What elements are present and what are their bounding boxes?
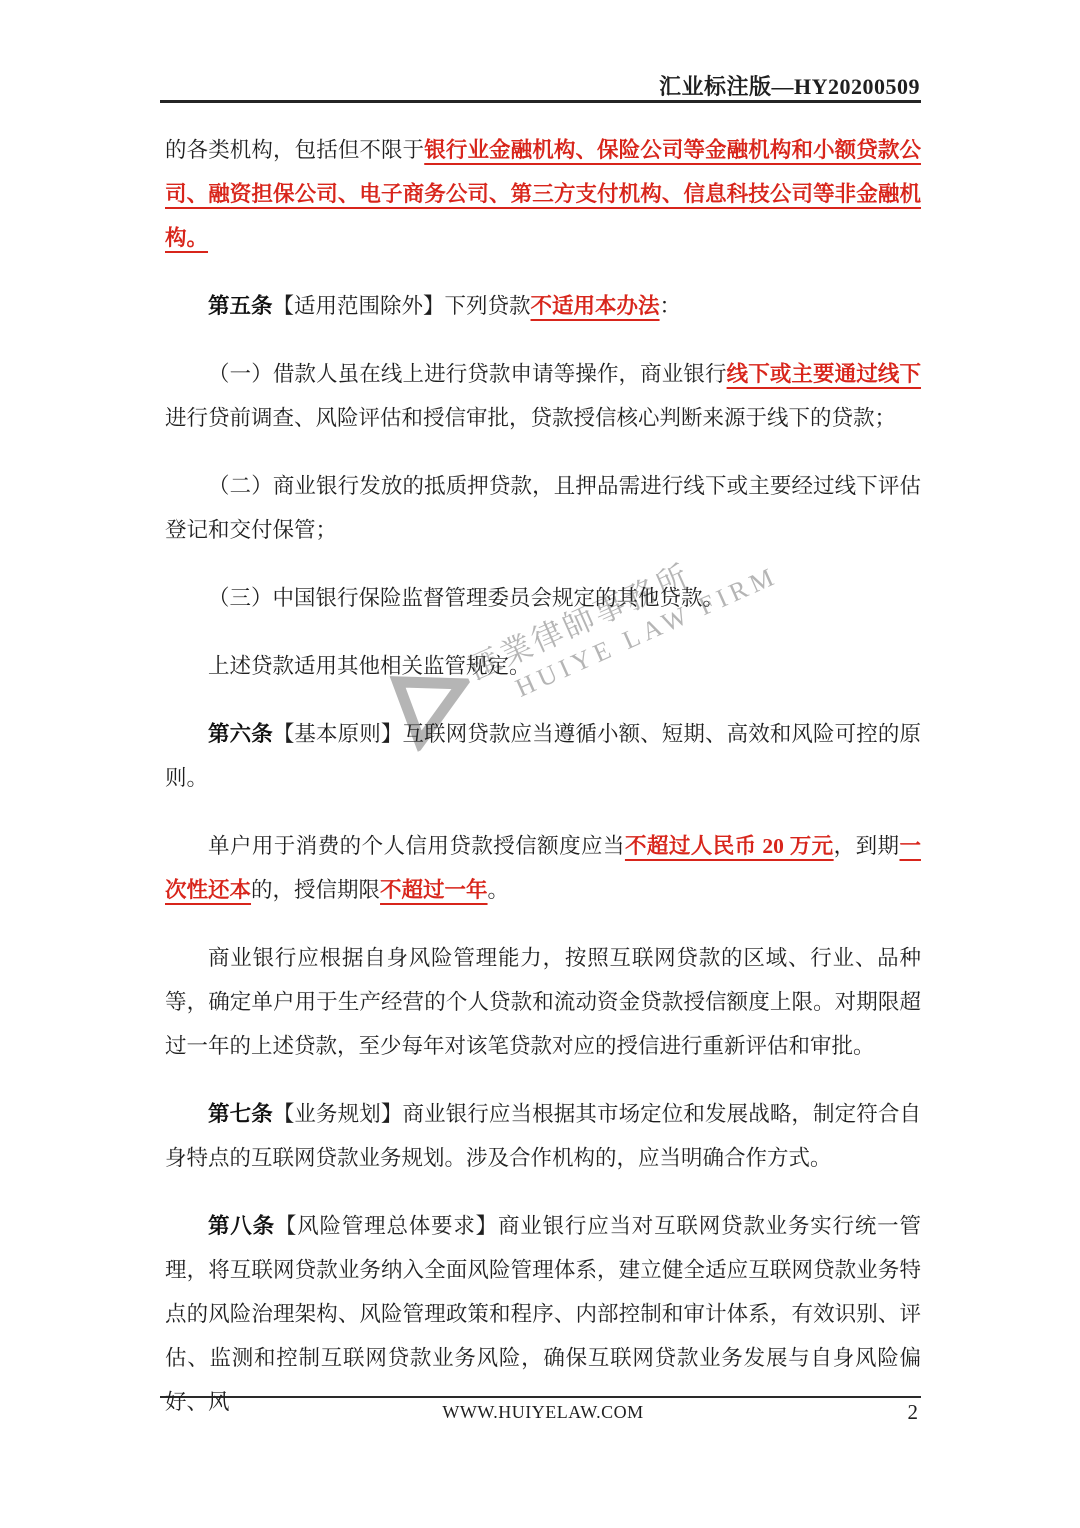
text-segment: 。 — [488, 878, 510, 902]
paragraph: 第八条【风险管理总体要求】商业银行应当对互联网贷款业务实行统一管理，将互联网贷款… — [165, 1204, 921, 1424]
paragraph: 第六条【基本原则】互联网贷款应当遵循小额、短期、高效和风险可控的原则。 — [165, 712, 921, 800]
paragraph: 商业银行应根据自身风险管理能力，按照互联网贷款的区域、行业、品种等，确定单户用于… — [165, 936, 921, 1068]
text-segment: 第八条 — [208, 1214, 275, 1238]
text-segment: （三）中国银行保险监督管理委员会规定的其他贷款。 — [208, 586, 724, 610]
document-body: 的各类机构，包括但不限于银行业金融机构、保险公司等金融机构和小额贷款公司、融资担… — [165, 128, 921, 1448]
annotated-red-text: 不超过人民币 20 万元 — [625, 834, 834, 858]
text-segment: ： — [660, 294, 682, 318]
text-segment: ，到期 — [834, 834, 900, 858]
text-segment: 第五条 — [208, 294, 273, 318]
text-segment: 第六条 — [208, 722, 273, 746]
text-segment: 商业银行应根据自身风险管理能力，按照互联网贷款的区域、行业、品种等，确定单户用于… — [165, 946, 921, 1058]
text-segment: 上述贷款适用其他相关监管规定。 — [208, 654, 531, 678]
text-segment: （二）商业银行发放的抵质押贷款，且押品需进行线下或主要经过线下评估登记和交付保管… — [165, 474, 921, 542]
annotated-red-text: 线下或主要通过线下 — [727, 362, 921, 386]
paragraph: （二）商业银行发放的抵质押贷款，且押品需进行线下或主要经过线下评估登记和交付保管… — [165, 464, 921, 552]
text-segment: 进行贷前调查、风险评估和授信审批，贷款授信核心判断来源于线下的贷款； — [165, 406, 896, 430]
text-segment: （一）借款人虽在线上进行贷款申请等操作，商业银行 — [208, 362, 727, 386]
text-segment: 第七条 — [208, 1102, 273, 1126]
text-segment: 单户用于消费的个人信用贷款授信额度应当 — [208, 834, 625, 858]
text-segment: 【风险管理总体要求】商业银行应当对互联网贷款业务实行统一管理，将互联网贷款业务纳… — [165, 1214, 921, 1414]
annotated-red-text: 不超过一年 — [380, 878, 488, 902]
paragraph: （三）中国银行保险监督管理委员会规定的其他贷款。 — [165, 576, 921, 620]
paragraph: 的各类机构，包括但不限于银行业金融机构、保险公司等金融机构和小额贷款公司、融资担… — [165, 128, 921, 260]
text-segment: 【适用范围除外】下列贷款 — [273, 294, 531, 318]
paragraph: 第五条【适用范围除外】下列贷款不适用本办法： — [165, 284, 921, 328]
paragraph: （一）借款人虽在线上进行贷款申请等操作，商业银行线下或主要通过线下进行贷前调查、… — [165, 352, 921, 440]
text-segment: 的各类机构，包括但不限于 — [165, 138, 424, 162]
annotated-red-text: 不适用本办法 — [531, 294, 660, 318]
document-page: 汇业标注版—HY20200509 匯業律師事務所 HUIYE LAW FIRM … — [0, 0, 1080, 1528]
text-segment: 【基本原则】互联网贷款应当遵循小额、短期、高效和风险可控的原则。 — [165, 722, 921, 790]
paragraph: 第七条【业务规划】商业银行应当根据其市场定位和发展战略，制定符合自身特点的互联网… — [165, 1092, 921, 1180]
paragraph: 上述贷款适用其他相关监管规定。 — [165, 644, 921, 688]
paragraph: 单户用于消费的个人信用贷款授信额度应当不超过人民币 20 万元，到期一次性还本的… — [165, 824, 921, 912]
text-segment: 【业务规划】商业银行应当根据其市场定位和发展战略，制定符合自身特点的互联网贷款业… — [165, 1102, 921, 1170]
header-version-label: 汇业标注版—HY20200509 — [659, 70, 920, 101]
header-rule — [160, 100, 921, 103]
text-segment: 的，授信期限 — [251, 878, 380, 902]
